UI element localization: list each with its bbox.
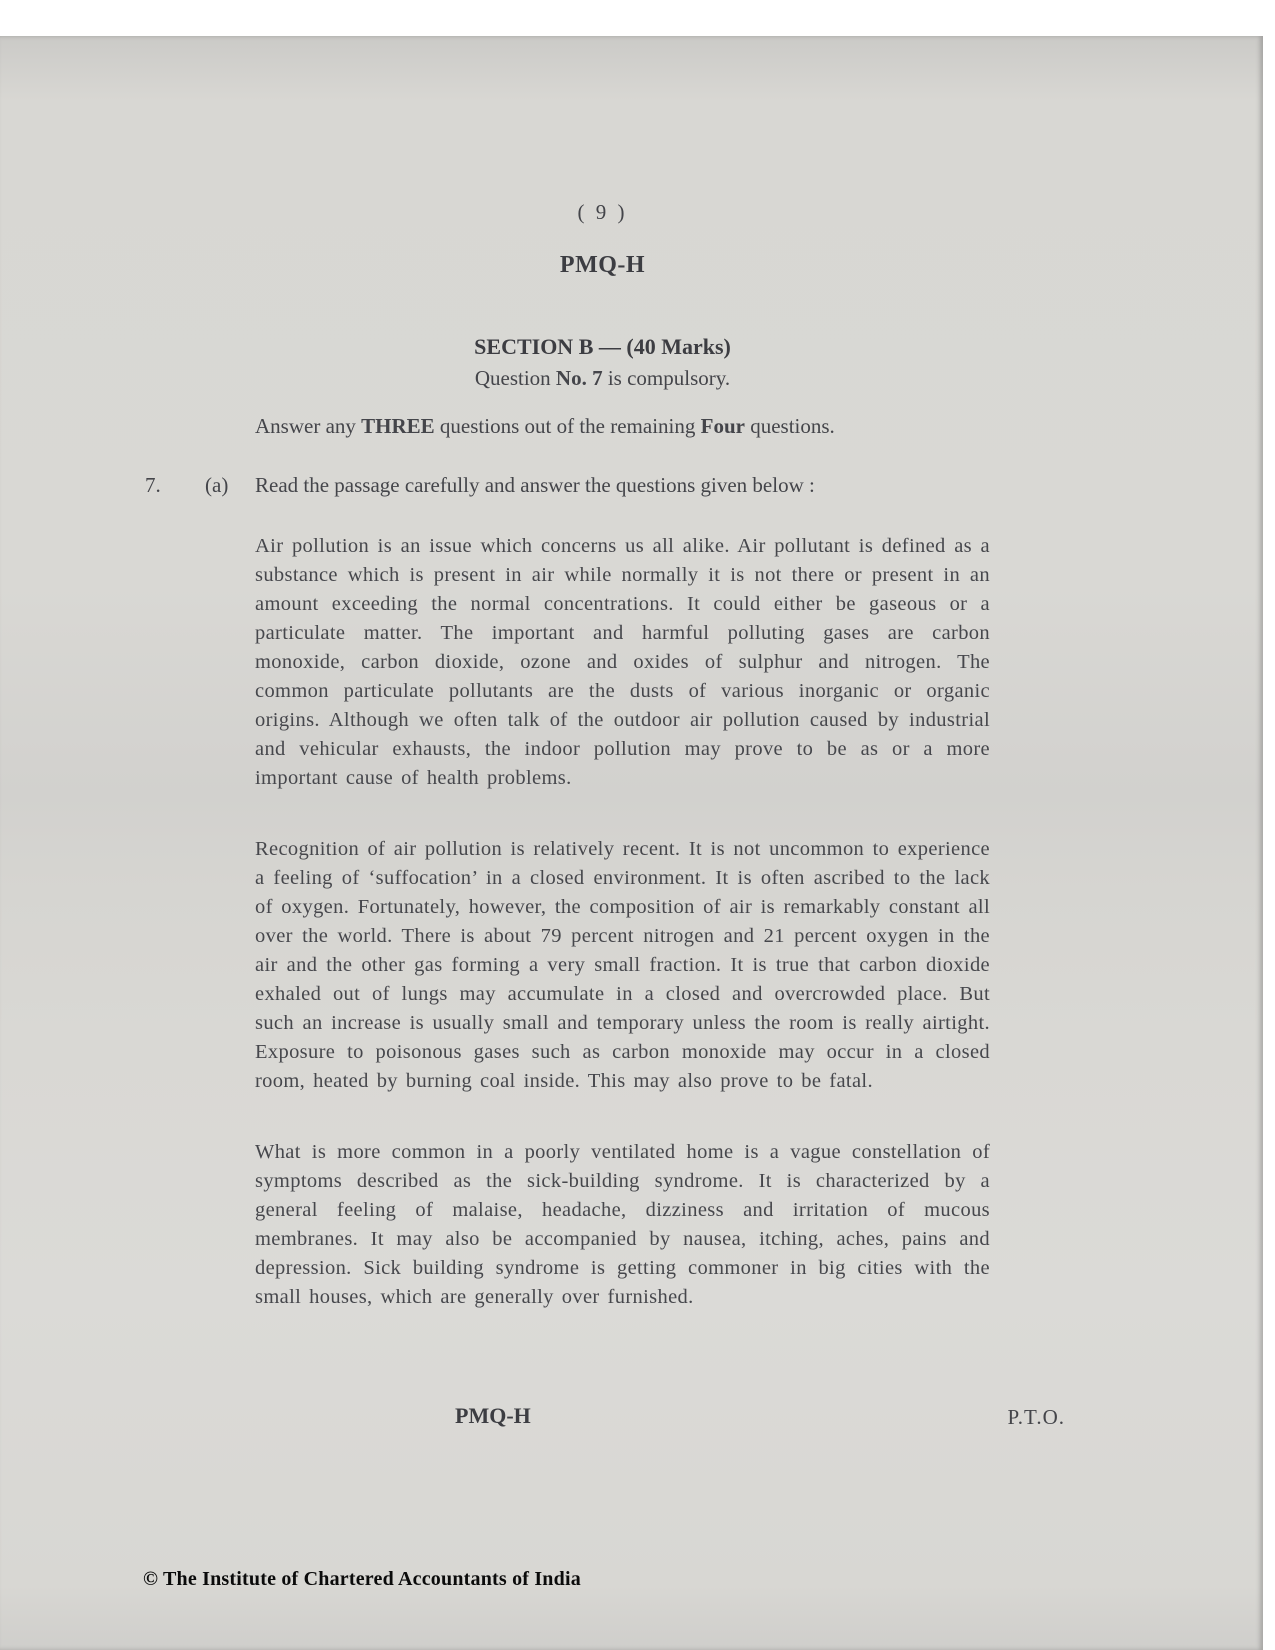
scanned-document-page: ( 9 ) PMQ-H SECTION B — (40 Marks) Quest… xyxy=(0,0,1275,1650)
footer-paper-code: PMQ-H xyxy=(455,1403,531,1429)
paper-sheet: ( 9 ) PMQ-H SECTION B — (40 Marks) Quest… xyxy=(0,36,1263,1650)
compulsory-note: Question No. 7 is compulsory. xyxy=(140,366,1065,391)
question-part-label: (a) xyxy=(205,473,228,498)
answer-instruction-mid: questions out of the remaining xyxy=(435,414,701,438)
copyright-notice: © The Institute of Chartered Accountants… xyxy=(143,1568,581,1591)
passage-paragraph-1: Air pollution is an issue which concerns… xyxy=(255,532,990,793)
section-title: SECTION B — (40 Marks) xyxy=(140,334,1065,360)
answer-instruction-bold-four: Four xyxy=(701,414,745,438)
compulsory-note-bold: No. 7 xyxy=(556,366,603,390)
compulsory-note-pre: Question xyxy=(475,366,556,390)
page-number: ( 9 ) xyxy=(140,200,1065,225)
passage-paragraph-2: Recognition of air pollution is relative… xyxy=(255,835,990,1096)
pto-label: P.T.O. xyxy=(855,1405,1065,1430)
paper-code-header: PMQ-H xyxy=(140,252,1065,279)
question-prompt: Read the passage carefully and answer th… xyxy=(255,473,1015,498)
passage-paragraph-3: What is more common in a poorly ventilat… xyxy=(255,1138,990,1312)
answer-instruction-pre: Answer any xyxy=(255,414,361,438)
answer-instruction-post: questions. xyxy=(745,414,835,438)
reading-passage: Air pollution is an issue which concerns… xyxy=(255,532,990,1312)
answer-instruction: Answer any THREE questions out of the re… xyxy=(255,414,1015,439)
question-number: 7. xyxy=(145,473,161,498)
compulsory-note-post: is compulsory. xyxy=(603,366,731,390)
answer-instruction-bold-three: THREE xyxy=(361,414,435,438)
